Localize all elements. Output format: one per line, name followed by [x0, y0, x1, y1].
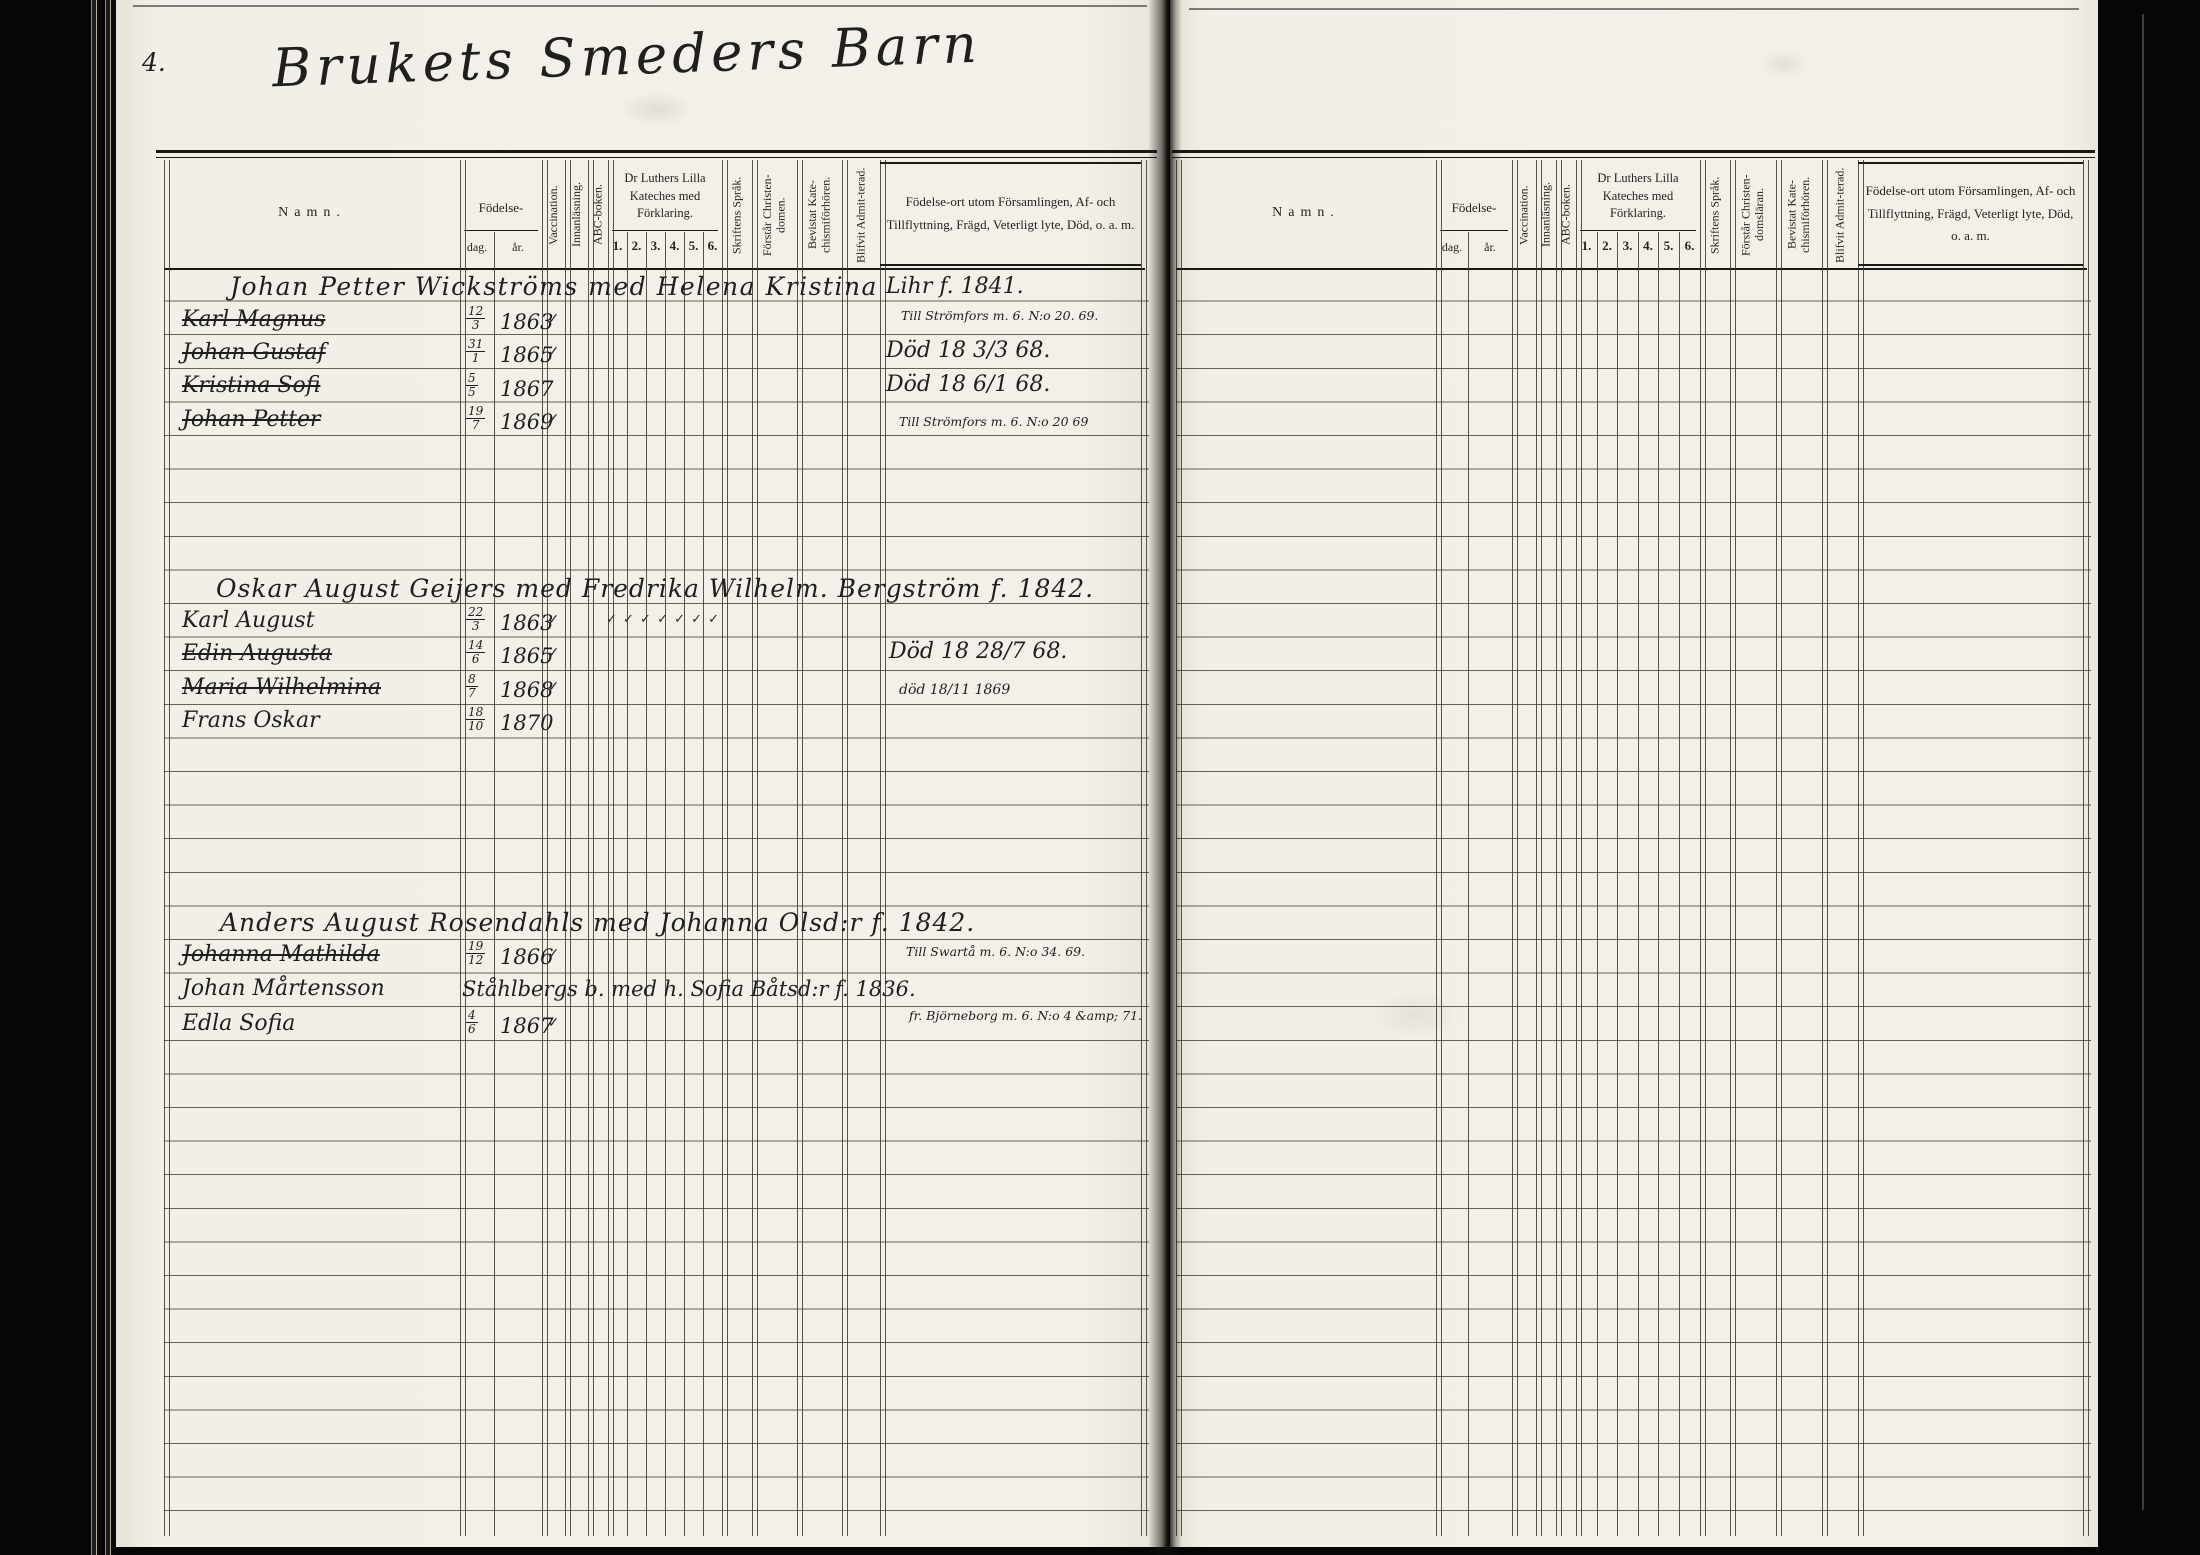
family-header: Anders August Rosendahls med Johanna Ols… — [220, 908, 975, 937]
family-header: Johan Petter Wickströms med Helena Krist… — [230, 272, 878, 301]
entry-name: Edla Sofia — [182, 1011, 295, 1036]
entry-birth-date: 4 6 — [466, 1009, 478, 1035]
left-record-table: Namn. Födelse- dag. år. Vaccination. Inn… — [164, 150, 1149, 1541]
kateches-num-3: 3. — [1617, 238, 1638, 254]
birth-day: 19 — [466, 940, 485, 954]
kateches-num-4: 4. — [665, 238, 684, 254]
entry-birth-date: 8 7 — [466, 673, 478, 699]
col-header-dag: dag. — [1436, 240, 1468, 255]
right-record-table: Namn. Födelse- dag. år. Vaccination. Inn… — [1176, 150, 2091, 1541]
kateches-num-1: 1. — [1576, 238, 1597, 254]
stain — [1760, 50, 1806, 78]
col-header-fodelseort: Födelse-ort utom Församlingen, Af- och T… — [880, 162, 1141, 266]
book-binding — [1148, 0, 1182, 1555]
rule — [1580, 230, 1696, 231]
family-header: Oskar August Geijers med Fredrika Wilhel… — [216, 574, 1094, 603]
col-header-ar: år. — [494, 240, 542, 255]
entry-name: Kristina Sofi — [182, 373, 320, 398]
entry-note: Död 18 28/7 68. — [889, 639, 1067, 664]
col-header-namn: Namn. — [164, 205, 460, 221]
entry-note: Död 18 3/3 68. — [886, 338, 1050, 363]
kateches-marks: ✓ ✓ ✓ ✓ ✓ ✓ ✓ — [606, 612, 736, 627]
birth-month: 5 — [468, 386, 476, 398]
col-header-innanlasning: Innanläsning. — [1536, 163, 1556, 267]
entry-name: Johan Petter — [182, 407, 321, 432]
entry-birth-year: 1867 — [500, 377, 553, 401]
col-header-bevistat-katechismiforhoren: Bevistat Kate-chismiförhören. — [1776, 163, 1822, 267]
entry-name: Johan Mårtensson — [182, 976, 385, 1001]
col-header-forstar-christendomen: Förstår Christen-domen. — [752, 163, 797, 267]
birth-day: 4 — [466, 1009, 478, 1023]
vaccination-mark: ✓ — [542, 344, 565, 360]
rule — [156, 157, 1157, 158]
kateches-num-5: 5. — [1658, 238, 1679, 254]
entry-name: Johan Gustaf — [182, 340, 326, 365]
col-header-vaccination: Vaccination. — [542, 163, 565, 267]
rule — [1440, 230, 1508, 231]
stain — [622, 92, 692, 126]
col-header-skriftens-sprak: Skriftens Språk. — [1700, 163, 1730, 267]
entry-birth-date: 12 3 — [466, 305, 485, 331]
entry-note: död 18/11 1869 — [899, 682, 1010, 698]
ruled-rows — [1176, 268, 2091, 1541]
entry-name: Maria Wilhelmina — [182, 675, 381, 700]
birth-day: 5 — [466, 372, 478, 386]
entry-birth-year: 1870 — [500, 711, 553, 735]
birth-day: 22 — [466, 606, 485, 620]
col-header-dag: dag. — [460, 240, 494, 255]
col-header-abc-boken: ABC-boken. — [1556, 163, 1576, 267]
vaccination-mark: ✓ — [542, 645, 565, 661]
page-top-edge — [1189, 8, 2080, 10]
birth-month: 1 — [472, 352, 480, 364]
birth-day: 14 — [466, 639, 485, 653]
birth-month: 3 — [472, 620, 480, 632]
rule — [464, 230, 538, 231]
vaccination-mark: ✓ — [542, 311, 565, 327]
rule — [1172, 150, 2095, 153]
birth-day: 8 — [466, 673, 478, 687]
entry-name: Edin Augusta — [182, 641, 332, 666]
birth-day: 19 — [466, 405, 485, 419]
rule — [156, 150, 1157, 153]
page-edge-stripes — [88, 0, 116, 1555]
birth-month: 10 — [468, 720, 483, 732]
col-header-kateches: Dr Luthers Lilla Kateches med Förklaring… — [610, 170, 720, 223]
entry-note: Död 18 6/1 68. — [886, 372, 1050, 397]
entry-birth-date: 19 7 — [466, 405, 485, 431]
entry-note: Till Strömfors m. 6. N:o 20 69 — [899, 414, 1088, 429]
vaccination-mark: ✓ — [542, 1015, 565, 1031]
vaccination-mark: ✓ — [542, 612, 565, 628]
col-header-bevistat-katechismiforhoren: Bevistat Kate-chismiförhören. — [797, 163, 842, 267]
entry-name: Frans Oskar — [182, 708, 320, 733]
entry-birth-date: 22 3 — [466, 606, 485, 632]
page-number: 4. — [142, 48, 166, 77]
birth-day: 31 — [466, 338, 485, 352]
col-header-fodelseort: Födelse-ort utom Församlingen, Af- och T… — [1858, 162, 2083, 266]
col-header-skriftens-sprak: Skriftens Språk. — [722, 163, 752, 267]
birth-day: 18 — [466, 706, 485, 720]
left-page: 4. Brukets Smeders Barn — [112, 0, 1168, 1547]
entry-birth-date: 19 12 — [466, 940, 485, 966]
kateches-num-4: 4. — [1638, 238, 1658, 254]
scan-edge-highlight — [2142, 14, 2144, 1510]
rule — [612, 230, 718, 231]
col-header-fodelse: Födelse- — [1436, 200, 1512, 216]
right-page: Namn. Födelse- dag. år. Vaccination. Inn… — [1170, 0, 2098, 1547]
vaccination-mark: ✓ — [542, 946, 565, 962]
page-top-edge — [133, 5, 1147, 7]
entry-note: Till Strömfors m. 6. N:o 20. 69. — [901, 308, 1098, 323]
entry-name: Johanna Mathilda — [182, 942, 380, 967]
family-header-note: Lihr f. 1841. — [886, 274, 1024, 299]
birth-month: 3 — [472, 319, 480, 331]
col-header-namn: Namn. — [1176, 205, 1436, 221]
col-header-blifvit-admitterad: Blifvit Admit-terad. — [842, 163, 880, 267]
col-header-fodelse: Födelse- — [460, 200, 542, 216]
entry-note: fr. Björneborg m. 6. N:o 4 &amp; 71. — [909, 1008, 1142, 1023]
col-header-innanlasning: Innanläsning. — [565, 163, 588, 267]
entry-birth-date: 31 1 — [466, 338, 485, 364]
kateches-num-2: 2. — [1597, 238, 1617, 254]
entry-name: Karl Magnus — [182, 307, 325, 332]
kateches-num-3: 3. — [646, 238, 665, 254]
col-header-ar: år. — [1468, 240, 1512, 255]
birth-day: 12 — [466, 305, 485, 319]
kateches-num-2: 2. — [627, 238, 646, 254]
kateches-num-5: 5. — [684, 238, 703, 254]
birth-month: 12 — [468, 954, 483, 966]
birth-month: 7 — [472, 419, 480, 431]
entry-name: Karl August — [182, 608, 315, 633]
col-header-blifvit-admitterad: Blifvit Admit-terad. — [1822, 163, 1858, 267]
entry-name-continued: Ståhlbergs b. med h. Sofia Båtsd:r f. 18… — [462, 977, 916, 1001]
entry-birth-date: 18 10 — [466, 706, 485, 732]
birth-month: 6 — [472, 653, 480, 665]
book-scan: 4. Brukets Smeders Barn — [0, 0, 2200, 1555]
birth-month: 7 — [468, 687, 476, 699]
birth-month: 6 — [468, 1023, 476, 1035]
kateches-num-6: 6. — [703, 238, 722, 254]
col-header-abc-boken: ABC-boken. — [588, 163, 608, 267]
vaccination-mark: ✓ — [542, 411, 565, 427]
rule — [1172, 157, 2095, 158]
vaccination-mark: ✓ — [542, 679, 565, 695]
kateches-num-1: 1. — [608, 238, 627, 254]
entry-birth-date: 14 6 — [466, 639, 485, 665]
col-header-kateches: Dr Luthers Lilla Kateches med Förklaring… — [1578, 170, 1698, 223]
kateches-num-6: 6. — [1679, 238, 1700, 254]
entry-note: Till Swartå m. 6. N:o 34. 69. — [906, 944, 1085, 959]
col-header-vaccination: Vaccination. — [1512, 163, 1536, 267]
col-header-forstar-christendomslaran: Förstår Christen-domsläran. — [1730, 163, 1776, 267]
handwritten-title: Brukets Smeders Barn — [271, 14, 983, 100]
ruled-rows — [164, 268, 1149, 1541]
entry-birth-date: 5 5 — [466, 372, 478, 398]
